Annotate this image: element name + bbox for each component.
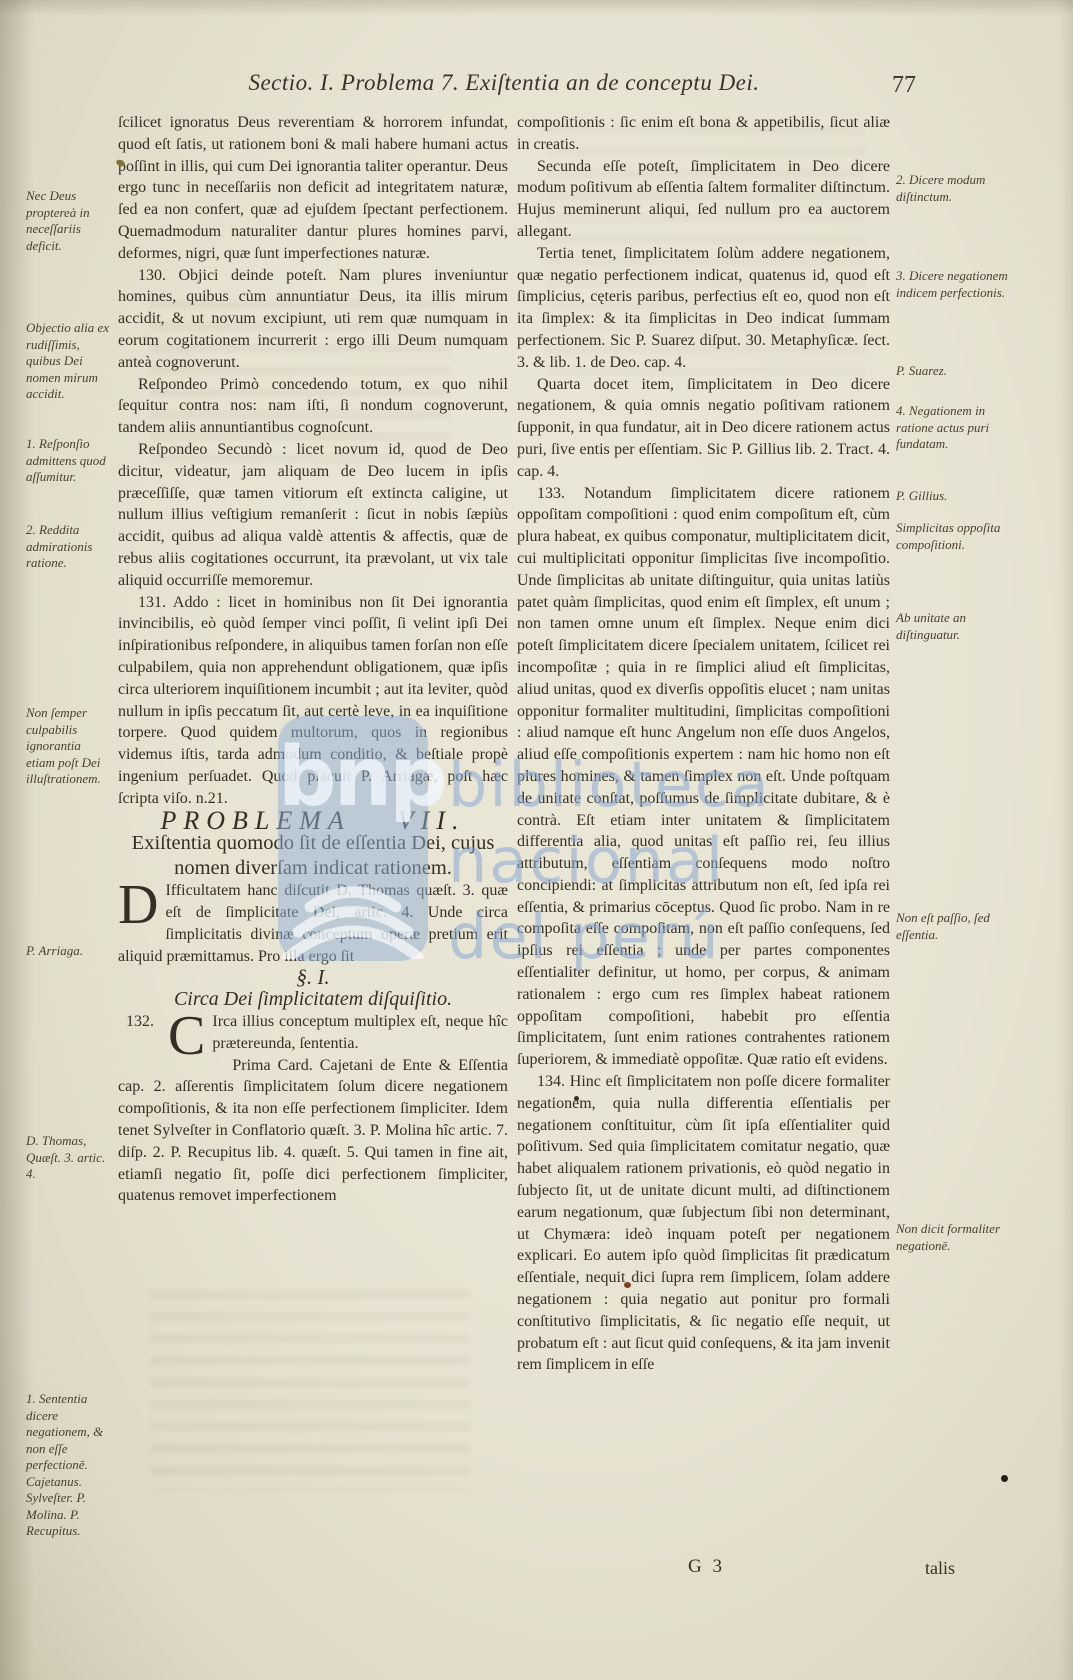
body-paragraph: Quarta docet item, ſimplicitatem in Deo … [517, 374, 890, 483]
body-paragraph: compoſitionis : ſic enim eſt bona & appe… [517, 112, 890, 156]
margin-note: Nec Deus proptereà in neceſſariis defici… [26, 188, 112, 254]
margin-note: Ab unitate an diſtinguatur. [896, 610, 1008, 643]
paragraph-text: Irca illius conceptum multiplex eſt, neq… [212, 1013, 508, 1052]
page-number: 77 [892, 72, 916, 99]
body-paragraph: Prima Card. Cajetani de Ente & Eſſentia … [118, 1055, 508, 1208]
margin-note: 1. Sententia dicere negationem, & non eſ… [26, 1391, 112, 1540]
margin-note: D. Thomas, Quæſt. 3. artic. 4. [26, 1133, 112, 1183]
body-paragraph: Tertia tenet, ſimplicitatem ſolùm addere… [517, 243, 890, 374]
body-paragraph: 130. Objici deinde poteſt. Nam plures in… [118, 265, 508, 374]
drop-cap-initial: C [168, 1011, 212, 1058]
margin-note: Non eſt paſſio, ſed eſſentia. [896, 910, 1008, 943]
section-mark: §. I. [118, 967, 508, 989]
margin-note: Non dicit formaliter negationē. [896, 1221, 1008, 1254]
section-title: Circa Dei ſimplicitatem diſquiſitio. [118, 989, 508, 1011]
body-paragraph: 134. Hinc eſt ſimplicitatem non poſſe di… [517, 1071, 890, 1376]
body-paragraph-dropcap: 132.CIrca illius conceptum multiplex eſt… [118, 1011, 508, 1055]
ink-blot [624, 1282, 631, 1288]
catchword: talis [925, 1558, 955, 1579]
body-paragraph: ſcilicet ignoratus Deus reverentiam & ho… [118, 112, 508, 265]
paragraph-number: 132. [126, 1011, 154, 1033]
margin-note: P. Suarez. [896, 363, 1008, 380]
body-paragraph: 131. Addo : licet in hominibus non ſit D… [118, 592, 508, 810]
left-text-column: ſcilicet ignoratus Deus reverentiam & ho… [118, 112, 508, 1207]
ink-bleedthrough [150, 1290, 470, 1490]
problema-heading: PROBLEMA VII. [118, 810, 508, 832]
ink-blot [1001, 1475, 1008, 1482]
margin-note: 3. Dicere negationem indicem perfectioni… [896, 268, 1008, 301]
body-paragraph: Secunda eſſe poteſt, ſimplicitatem in De… [517, 156, 890, 243]
margin-note: 2. Dicere modum diſtinctum. [896, 172, 1008, 205]
margin-note: 4. Negationem in ratione actus puri fund… [896, 403, 1008, 453]
body-paragraph: Reſpondeo Secundò : licet novum id, quod… [118, 439, 508, 592]
right-text-column: compoſitionis : ſic enim eſt bona & appe… [517, 112, 890, 1376]
drop-cap-initial: D [118, 880, 165, 927]
body-paragraph: 133. Notandum ſimplicitatem dicere ratio… [517, 483, 890, 1072]
margin-note: Non ſemper culpabilis ignorantia etiam p… [26, 705, 112, 788]
problema-subtitle: Exiſtentia quomodo ſit de eſſentia Dei, … [118, 831, 508, 880]
margin-note: 2. Reddita admirationis ratione. [26, 522, 112, 572]
running-header: Sectio. I. Problema 7. Exiſtentia an de … [118, 70, 890, 96]
body-paragraph: Reſpondeo Primò concedendo totum, ex quo… [118, 374, 508, 439]
margin-note: P. Gillius. [896, 488, 1008, 505]
margin-note: Simplicitas oppoſita compoſitioni. [896, 520, 1008, 553]
page-top-shade [0, 0, 1073, 16]
margin-note: P. Arriaga. [26, 943, 112, 960]
scanned-book-page: Sectio. I. Problema 7. Exiſtentia an de … [0, 0, 1073, 1680]
gathering-signature: G 3 [688, 1556, 725, 1578]
body-paragraph-dropcap: DIfficultatem hanc diſcutit D. Thomas qu… [118, 880, 508, 967]
page-right-shade [1059, 0, 1073, 1680]
margin-note: Objectio alia ex rudiſſimis, quibus Dei … [26, 320, 112, 403]
margin-note: 1. Reſponſio admittens quod aſſumitur. [26, 436, 112, 486]
paragraph-text: Ifficultatem hanc diſcutit D. Thomas quæ… [118, 882, 508, 964]
ink-blot [574, 1096, 579, 1101]
